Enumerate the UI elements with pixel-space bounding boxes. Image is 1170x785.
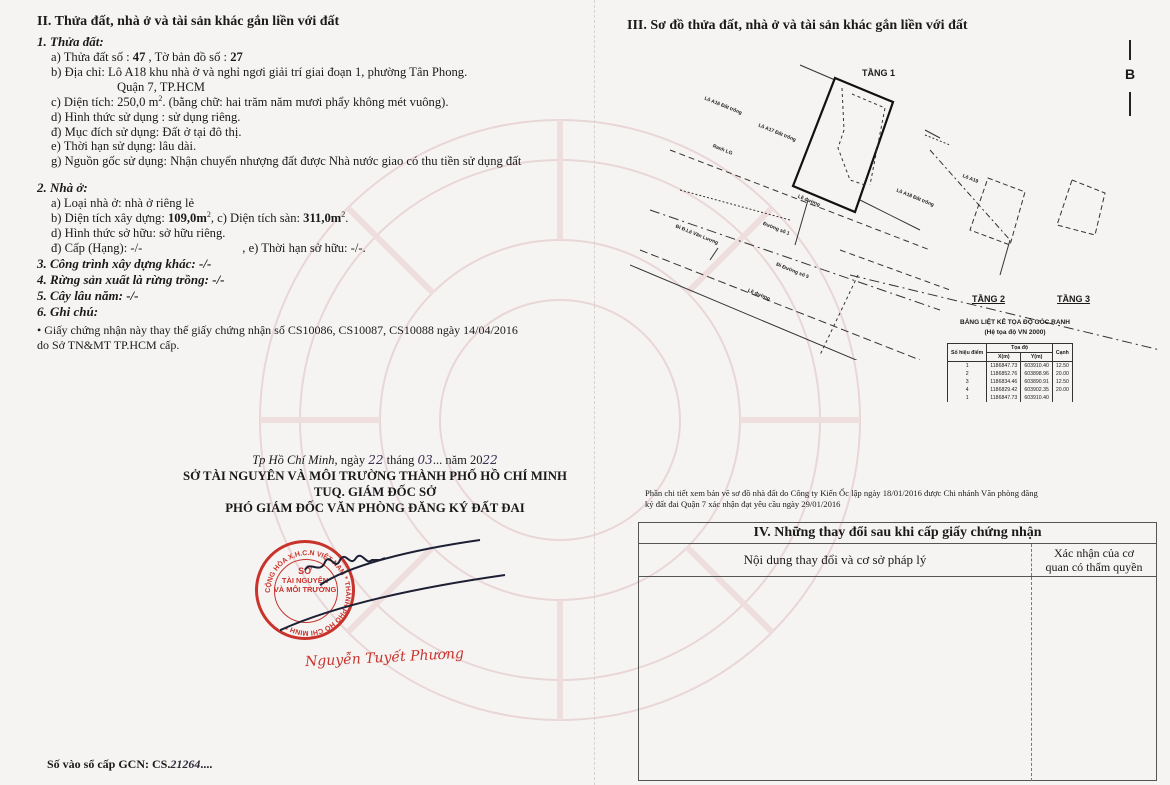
ownership-term: , e) Thời hạn sở hữu: -/-.: [242, 241, 365, 255]
changes-body: [639, 577, 1156, 781]
period: .: [345, 211, 348, 225]
table-row: 31186834.46603890.9112.50: [948, 378, 1073, 386]
use-term-line: e) Thời hạn sử dụng: lâu dài.: [37, 139, 521, 154]
survey-note: Phần chi tiết xem bản vẽ sơ đồ nhà đất d…: [645, 488, 1155, 510]
changes-col-confirmation: Xác nhận của cơ quan có thẩm quyền: [1032, 544, 1156, 576]
section-ii-title: II. Thửa đất, nhà ở và tài sản khác gắn …: [37, 14, 339, 30]
cell-y: 603902.35: [1021, 386, 1053, 394]
year-label: ... năm 20: [433, 453, 483, 467]
left-page: II. Thửa đất, nhà ở và tài sản khác gắn …: [0, 0, 600, 785]
survey-note-line-1: Phần chi tiết xem bản vẽ sơ đồ nhà đất d…: [645, 488, 1155, 499]
survey-note-line-2: ký đất đai Quận 7 xác nhận đạt yêu cầu n…: [645, 499, 1155, 510]
cell-y: 603898.96: [1021, 370, 1053, 378]
confirm-line-1: Xác nhận của cơ: [1032, 546, 1156, 560]
confirm-line-2: quan có thẩm quyền: [1032, 560, 1156, 574]
table-row: 11186847.73603910.4012.50: [948, 362, 1073, 371]
signer-name: Nguyễn Tuyết Phương: [305, 646, 465, 670]
changes-confirmation-cell: [1032, 577, 1156, 781]
cell-y: 603890.91: [1021, 378, 1053, 386]
cell-edge: 20.00: [1052, 386, 1072, 394]
month-value: 03: [418, 453, 433, 467]
land-plot-diagram: [630, 60, 1170, 360]
day-label: , ngày: [335, 453, 369, 467]
col-x: X(m): [987, 353, 1021, 362]
address-line-1: b) Địa chỉ: Lô A18 khu nhà ở và nghỉ ngơ…: [37, 65, 521, 80]
origin-line: g) Nguồn gốc sử dụng: Nhận chuyển nhượng…: [37, 154, 521, 169]
month-label: tháng: [384, 453, 418, 467]
changes-content-cell: [639, 577, 1032, 781]
registry-value: 21264: [170, 757, 200, 771]
ownership-line: d) Hình thức sở hữu: sở hữu riêng.: [37, 226, 518, 241]
cell-edge: 12.50: [1052, 362, 1072, 371]
house-type-line: a) Loại nhà ở: nhà ở riêng lẻ: [37, 196, 518, 211]
cell-x: 1186847.73: [987, 362, 1021, 371]
built-area-label: b) Diện tích xây dựng:: [51, 211, 168, 225]
floor-area-label: , c) Diện tích sàn:: [211, 211, 303, 225]
cell-point: 3: [948, 378, 987, 386]
cell-edge: 20.00: [1052, 370, 1072, 378]
cell-point: 1: [948, 394, 987, 402]
land-heading: 1. Thửa đất:: [37, 34, 521, 50]
floor-3-label: TẦNG 3: [1057, 294, 1090, 304]
col-edge: Cạnh: [1052, 344, 1072, 362]
parcel-line: a) Thửa đất số : 47 , Tờ bản đồ số : 27: [37, 50, 521, 65]
coord-table-title: BẢNG LIỆT KÊ TỌA ĐỘ GÓC RANH (Hệ tọa độ …: [930, 318, 1100, 338]
changes-table: IV. Những thay đổi sau khi cấp giấy chứn…: [638, 522, 1157, 781]
grade-line: đ) Cấp (Hạng): -/-, e) Thời hạn sở hữu: …: [37, 241, 518, 256]
changes-title: IV. Những thay đổi sau khi cấp giấy chứn…: [639, 523, 1156, 544]
map-sheet-number: 27: [230, 50, 243, 64]
table-row: 21186852.76603898.9620.00: [948, 370, 1073, 378]
org-line-2: TUQ. GIÁM ĐỐC SỞ: [160, 484, 590, 500]
planted-forest: 4. Rừng sản xuất là rừng trồng: -/-: [37, 272, 518, 288]
map-sheet-label: , Tờ bản đồ số :: [145, 50, 230, 64]
sign-date: Tp Hồ Chí Minh, ngày 22 tháng 03... năm …: [160, 453, 590, 468]
coord-subtitle-text: (Hệ tọa độ VN 2000): [930, 328, 1100, 338]
house-area-line: b) Diện tích xây dựng: 109,0m2, c) Diện …: [37, 211, 518, 226]
use-form-line: d) Hình thức sử dụng : sử dụng riêng.: [37, 110, 521, 125]
perennial-trees: 5. Cây lâu năm: -/-: [37, 288, 518, 304]
cell-x: 1186852.76: [987, 370, 1021, 378]
note-line-1: • Giấy chứng nhận này thay thế giấy chứn…: [37, 323, 518, 338]
cell-y: 603910.40: [1021, 394, 1053, 402]
floor-area-value: 311,0m: [303, 211, 341, 225]
registry-dots: ....: [200, 757, 212, 771]
col-coords: Tọa độ: [987, 344, 1053, 353]
area-line: c) Diện tích: 250,0 m2. (bằng chữ: hai t…: [37, 95, 521, 110]
land-section: 1. Thửa đất: a) Thửa đất số : 47 , Tờ bả…: [37, 34, 521, 169]
table-row: 41186829.42603902.3520.00: [948, 386, 1073, 394]
col-point: Số hiệu điểm: [948, 344, 987, 362]
coord-table: Số hiệu điểm Tọa độ Cạnh X(m) Y(m) 11186…: [947, 343, 1073, 402]
changes-col-content: Nội dung thay đổi và cơ sở pháp lý: [639, 544, 1032, 576]
handwritten-signature-icon: [280, 530, 510, 640]
registry-number: Số vào sổ cấp GCN: CS.21264....: [47, 757, 212, 772]
cell-edge: 12.50: [1052, 378, 1072, 386]
year-value: 22: [482, 453, 497, 467]
cell-point: 2: [948, 370, 987, 378]
changes-header: Nội dung thay đổi và cơ sở pháp lý Xác n…: [639, 544, 1156, 577]
parcel-number: 47: [133, 50, 146, 64]
floor-2-label: TẦNG 2: [972, 294, 1005, 304]
coord-table-body: 11186847.73603910.4012.5021186852.766038…: [948, 362, 1073, 403]
org-line-1: SỞ TÀI NGUYÊN VÀ MÔI TRƯỜNG THÀNH PHỐ HỒ…: [160, 468, 590, 484]
area-in-words: . (bằng chữ: hai trăm năm mươi phẩy khôn…: [162, 95, 448, 109]
built-area-value: 109,0m: [168, 211, 207, 225]
cell-y: 603910.40: [1021, 362, 1053, 371]
note-line-2: do Sở TN&MT TP.HCM cấp.: [37, 338, 518, 353]
col-y: Y(m): [1021, 353, 1053, 362]
org-line-3: PHÓ GIÁM ĐỐC VĂN PHÒNG ĐĂNG KÝ ĐẤT ĐAI: [160, 500, 590, 516]
cell-edge: [1052, 394, 1072, 402]
house-section: 2. Nhà ở: a) Loại nhà ở: nhà ở riêng lẻ …: [37, 180, 518, 352]
floor-1-label: TẦNG 1: [862, 68, 895, 78]
cell-point: 1: [948, 362, 987, 371]
signature-block: Tp Hồ Chí Minh, ngày 22 tháng 03... năm …: [160, 453, 590, 516]
house-heading: 2. Nhà ở:: [37, 180, 518, 196]
cell-x: 1186829.42: [987, 386, 1021, 394]
other-construction: 3. Công trình xây dựng khác: -/-: [37, 256, 518, 272]
grade-value: đ) Cấp (Hạng): -/-: [51, 241, 142, 255]
parcel-label: a) Thửa đất số :: [51, 50, 133, 64]
notes-heading: 6. Ghi chú:: [37, 304, 518, 320]
north-bar-top: [1129, 40, 1131, 60]
address-line-2: Quận 7, TP.HCM: [37, 80, 521, 95]
table-row: 11186847.73603910.40: [948, 394, 1073, 402]
day-value: 22: [368, 453, 383, 467]
area-value: c) Diện tích: 250,0 m: [51, 95, 158, 109]
cell-x: 1186834.46: [987, 378, 1021, 386]
cell-point: 4: [948, 386, 987, 394]
section-iii-title: III. Sơ đồ thửa đất, nhà ở và tài sản kh…: [627, 18, 968, 34]
coord-title-text: BẢNG LIỆT KÊ TỌA ĐỘ GÓC RANH: [930, 318, 1100, 328]
registry-label: Số vào sổ cấp GCN: CS.: [47, 757, 170, 771]
use-purpose-line: đ) Mục đích sử dụng: Đất ở tại đô thị.: [37, 125, 521, 140]
cell-x: 1186847.73: [987, 394, 1021, 402]
city: Tp Hồ Chí Minh: [252, 453, 334, 467]
